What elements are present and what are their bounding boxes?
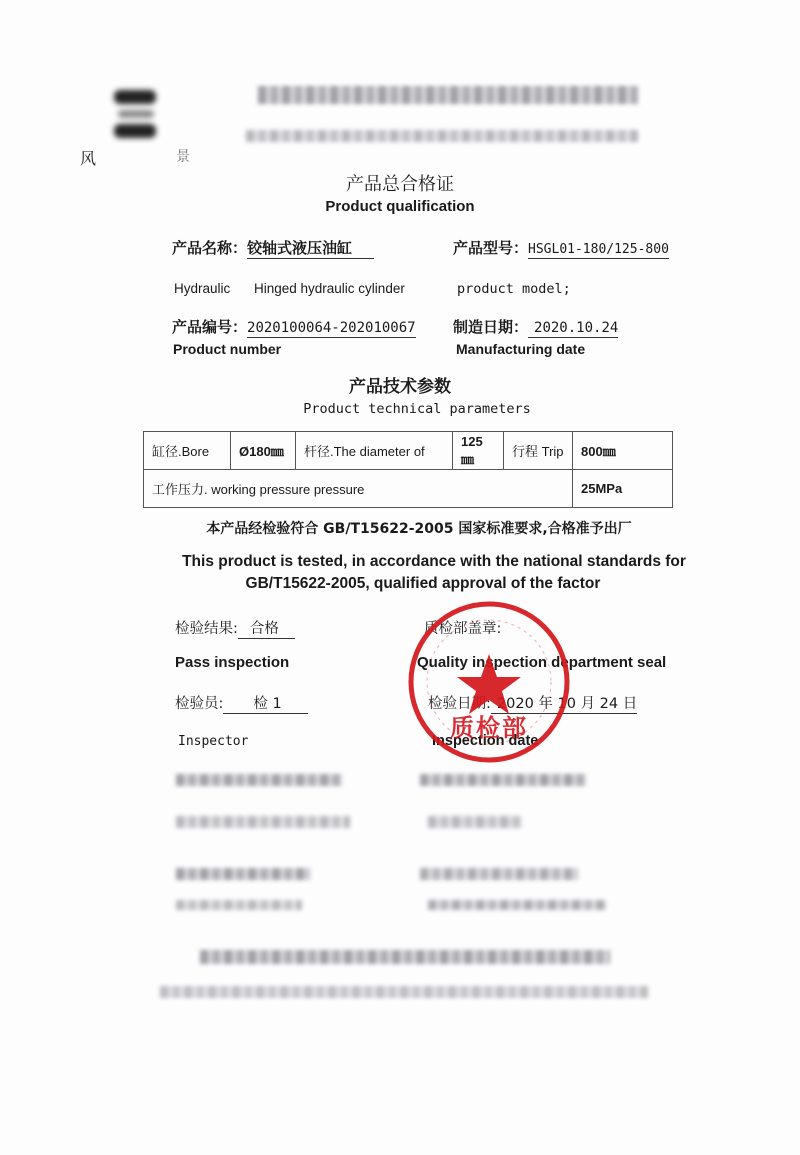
statement-en-line2: GB/T15622-2005, qualified approval of th… [0,575,800,593]
inspection-result-field: 检验结果:合格 [175,617,295,638]
stroke-value: 800㎜ [573,432,673,470]
manufacturing-date-label: 制造日期： [453,318,528,336]
inspection-result-value: 合格 [238,621,295,639]
product-number-label-en: Product number [173,341,281,357]
product-model-value: HSGL01-180/125-800 [528,242,669,259]
inspector-label: 检验员: [175,696,223,712]
product-name-value: 铰轴式液压油缸 [247,239,374,259]
logo-side-char-right: 景 [176,146,190,166]
inspection-result-label-en: Pass inspection [175,654,289,671]
seal-center-text: 质检部 [405,708,573,743]
manufacturing-date-field: 制造日期：2020.10.24 [453,316,618,337]
product-model-field: 产品型号：HSGL01-180/125-800 [453,237,669,258]
rod-diameter-value: 125㎜ [453,432,504,470]
company-name-en [246,130,638,142]
star-icon [457,654,521,714]
logo-side-char-left: 风 [80,146,96,169]
params-row-pressure: 工作压力. working pressure pressure 25MPa [144,470,673,508]
inspector-field: 检验员:检 1 [175,692,308,713]
product-name-value-en: Hinged hydraulic cylinder [254,281,405,296]
bore-label: 缸径.Bore [144,432,231,470]
params-title-cn: 产品技术参数 [0,372,800,397]
stroke-label: 行程 Trip [504,432,573,470]
params-row-dimensions: 缸径.Bore Ø180㎜ 杆径.The diameter of 125㎜ 行程… [144,432,673,470]
inspection-result-label: 检验结果: [175,621,238,637]
pressure-label: 工作压力. working pressure pressure [144,470,573,508]
params-table: 缸径.Bore Ø180㎜ 杆径.The diameter of 125㎜ 行程… [143,431,673,508]
pressure-value: 25MPa [573,470,673,508]
inspector-label-en: Inspector [178,734,248,749]
rod-diameter-label: 杆径.The diameter of [296,432,453,470]
product-number-value: 2020100064-202010067 [247,320,416,338]
company-logo [100,82,170,148]
product-number-label: 产品编号： [172,318,247,336]
product-name-field: 产品名称：铰轴式液压油缸 [172,237,374,258]
quality-seal-stamp: 质检部 [405,598,573,766]
bore-value: Ø180㎜ [231,432,296,470]
statement-cn: 本产品经检验符合 GB/T15622-2005 国家标准要求,合格准予出厂 [0,518,800,538]
params-title-en: Product technical parameters [0,401,800,417]
product-number-field: 产品编号：2020100064-202010067 [172,316,416,337]
company-name-cn [258,86,638,104]
title-en: Product qualification [0,198,800,215]
product-model-label-en: product model; [457,281,571,297]
manufacturing-date-value: 2020.10.24 [528,320,618,338]
manufacturing-date-label-en: Manufacturing date [456,341,585,357]
product-name-label-en: Hydraulic [174,281,230,296]
statement-en-line1: This product is tested, in accordance wi… [0,553,800,571]
product-model-label: 产品型号： [453,239,528,257]
title-cn: 产品总合格证 [0,170,800,196]
inspector-value: 检 1 [223,696,307,714]
product-name-label: 产品名称： [172,239,247,257]
